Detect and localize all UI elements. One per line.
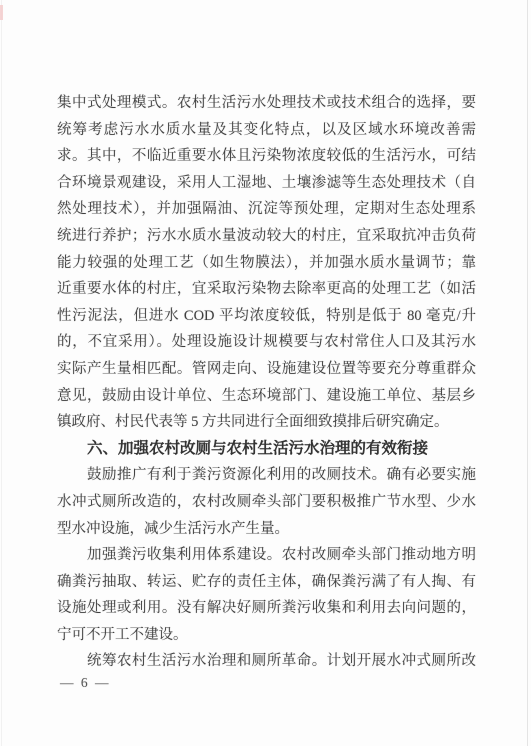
body-line: 镇政府、村民代表等 5 方共同进行全面细致摸排后研究确定。 — [57, 409, 476, 436]
body-line: 合环境景观建设，采用人工湿地、土壤渗滤等生态处理技术（自 — [57, 170, 476, 197]
body-line: 性污泥法，但进水 COD 平均浓度较低，特别是低于 80 毫克/升 — [57, 303, 476, 330]
section-heading: 六、加强农村改厕与农村生活污水治理的有效衔接 — [57, 436, 476, 463]
body-line: 统筹考虑污水水质水量及其变化特点，以及区域水环境改善需 — [57, 117, 476, 144]
document-body: 集中式处理模式。农村生活污水处理技术或技术组合的选择，要 统筹考虑污水水质水量及… — [57, 90, 476, 675]
body-line: 集中式处理模式。农村生活污水处理技术或技术组合的选择，要 — [57, 90, 476, 117]
body-line: 确粪污抽取、转运、贮存的责任主体，确保粪污满了有人掏、有 — [57, 569, 476, 596]
page-right-edge-line — [527, 0, 528, 746]
body-line: 加强粪污收集利用体系建设。农村改厕牵头部门推动地方明 — [57, 542, 476, 569]
document-page: 集中式处理模式。农村生活污水处理技术或技术组合的选择，要 统筹考虑污水水质水量及… — [0, 0, 531, 746]
body-line: 的，不宜采用）。处理设施设计规模要与农村常住人口及其污水 — [57, 329, 476, 356]
page-number: — 6 — — [60, 675, 111, 691]
body-line: 能力较强的处理工艺（如生物膜法），并加强水质水量调节；靠 — [57, 250, 476, 277]
body-line: 统筹农村生活污水治理和厕所革命。计划开展水冲式厕所改 — [57, 648, 476, 675]
body-line: 统进行养护；污水水质水量波动较大的村庄，宜采取抗冲击负荷 — [57, 223, 476, 250]
body-line: 实际产生量相匹配。管网走向、设施建设位置等要充分尊重群众 — [57, 356, 476, 383]
body-line: 水冲式厕所改造的，农村改厕牵头部门要积极推广节水型、少水 — [57, 489, 476, 516]
scan-artifact-mark — [0, 5, 3, 20]
body-line: 意见，鼓励由设计单位、生态环境部门、建设施工单位、基层乡 — [57, 383, 476, 410]
body-line: 近重要水体的村庄，宜采取污染物去除率更高的处理工艺（如活 — [57, 276, 476, 303]
body-line: 宁可不开工不建设。 — [57, 622, 476, 649]
body-line: 求。其中，不临近重要水体且污染物浓度较低的生活污水，可结 — [57, 143, 476, 170]
body-line: 设施处理或利用。没有解决好厕所粪污收集和利用去向问题的， — [57, 595, 476, 622]
body-line: 然处理技术），并加强隔油、沉淀等预处理，定期对生态处理系 — [57, 196, 476, 223]
body-line: 型水冲设施，减少生活污水产生量。 — [57, 516, 476, 543]
page-left-edge-line — [1, 0, 2, 746]
body-line: 鼓励推广有利于粪污资源化利用的改厕技术。确有必要实施 — [57, 462, 476, 489]
